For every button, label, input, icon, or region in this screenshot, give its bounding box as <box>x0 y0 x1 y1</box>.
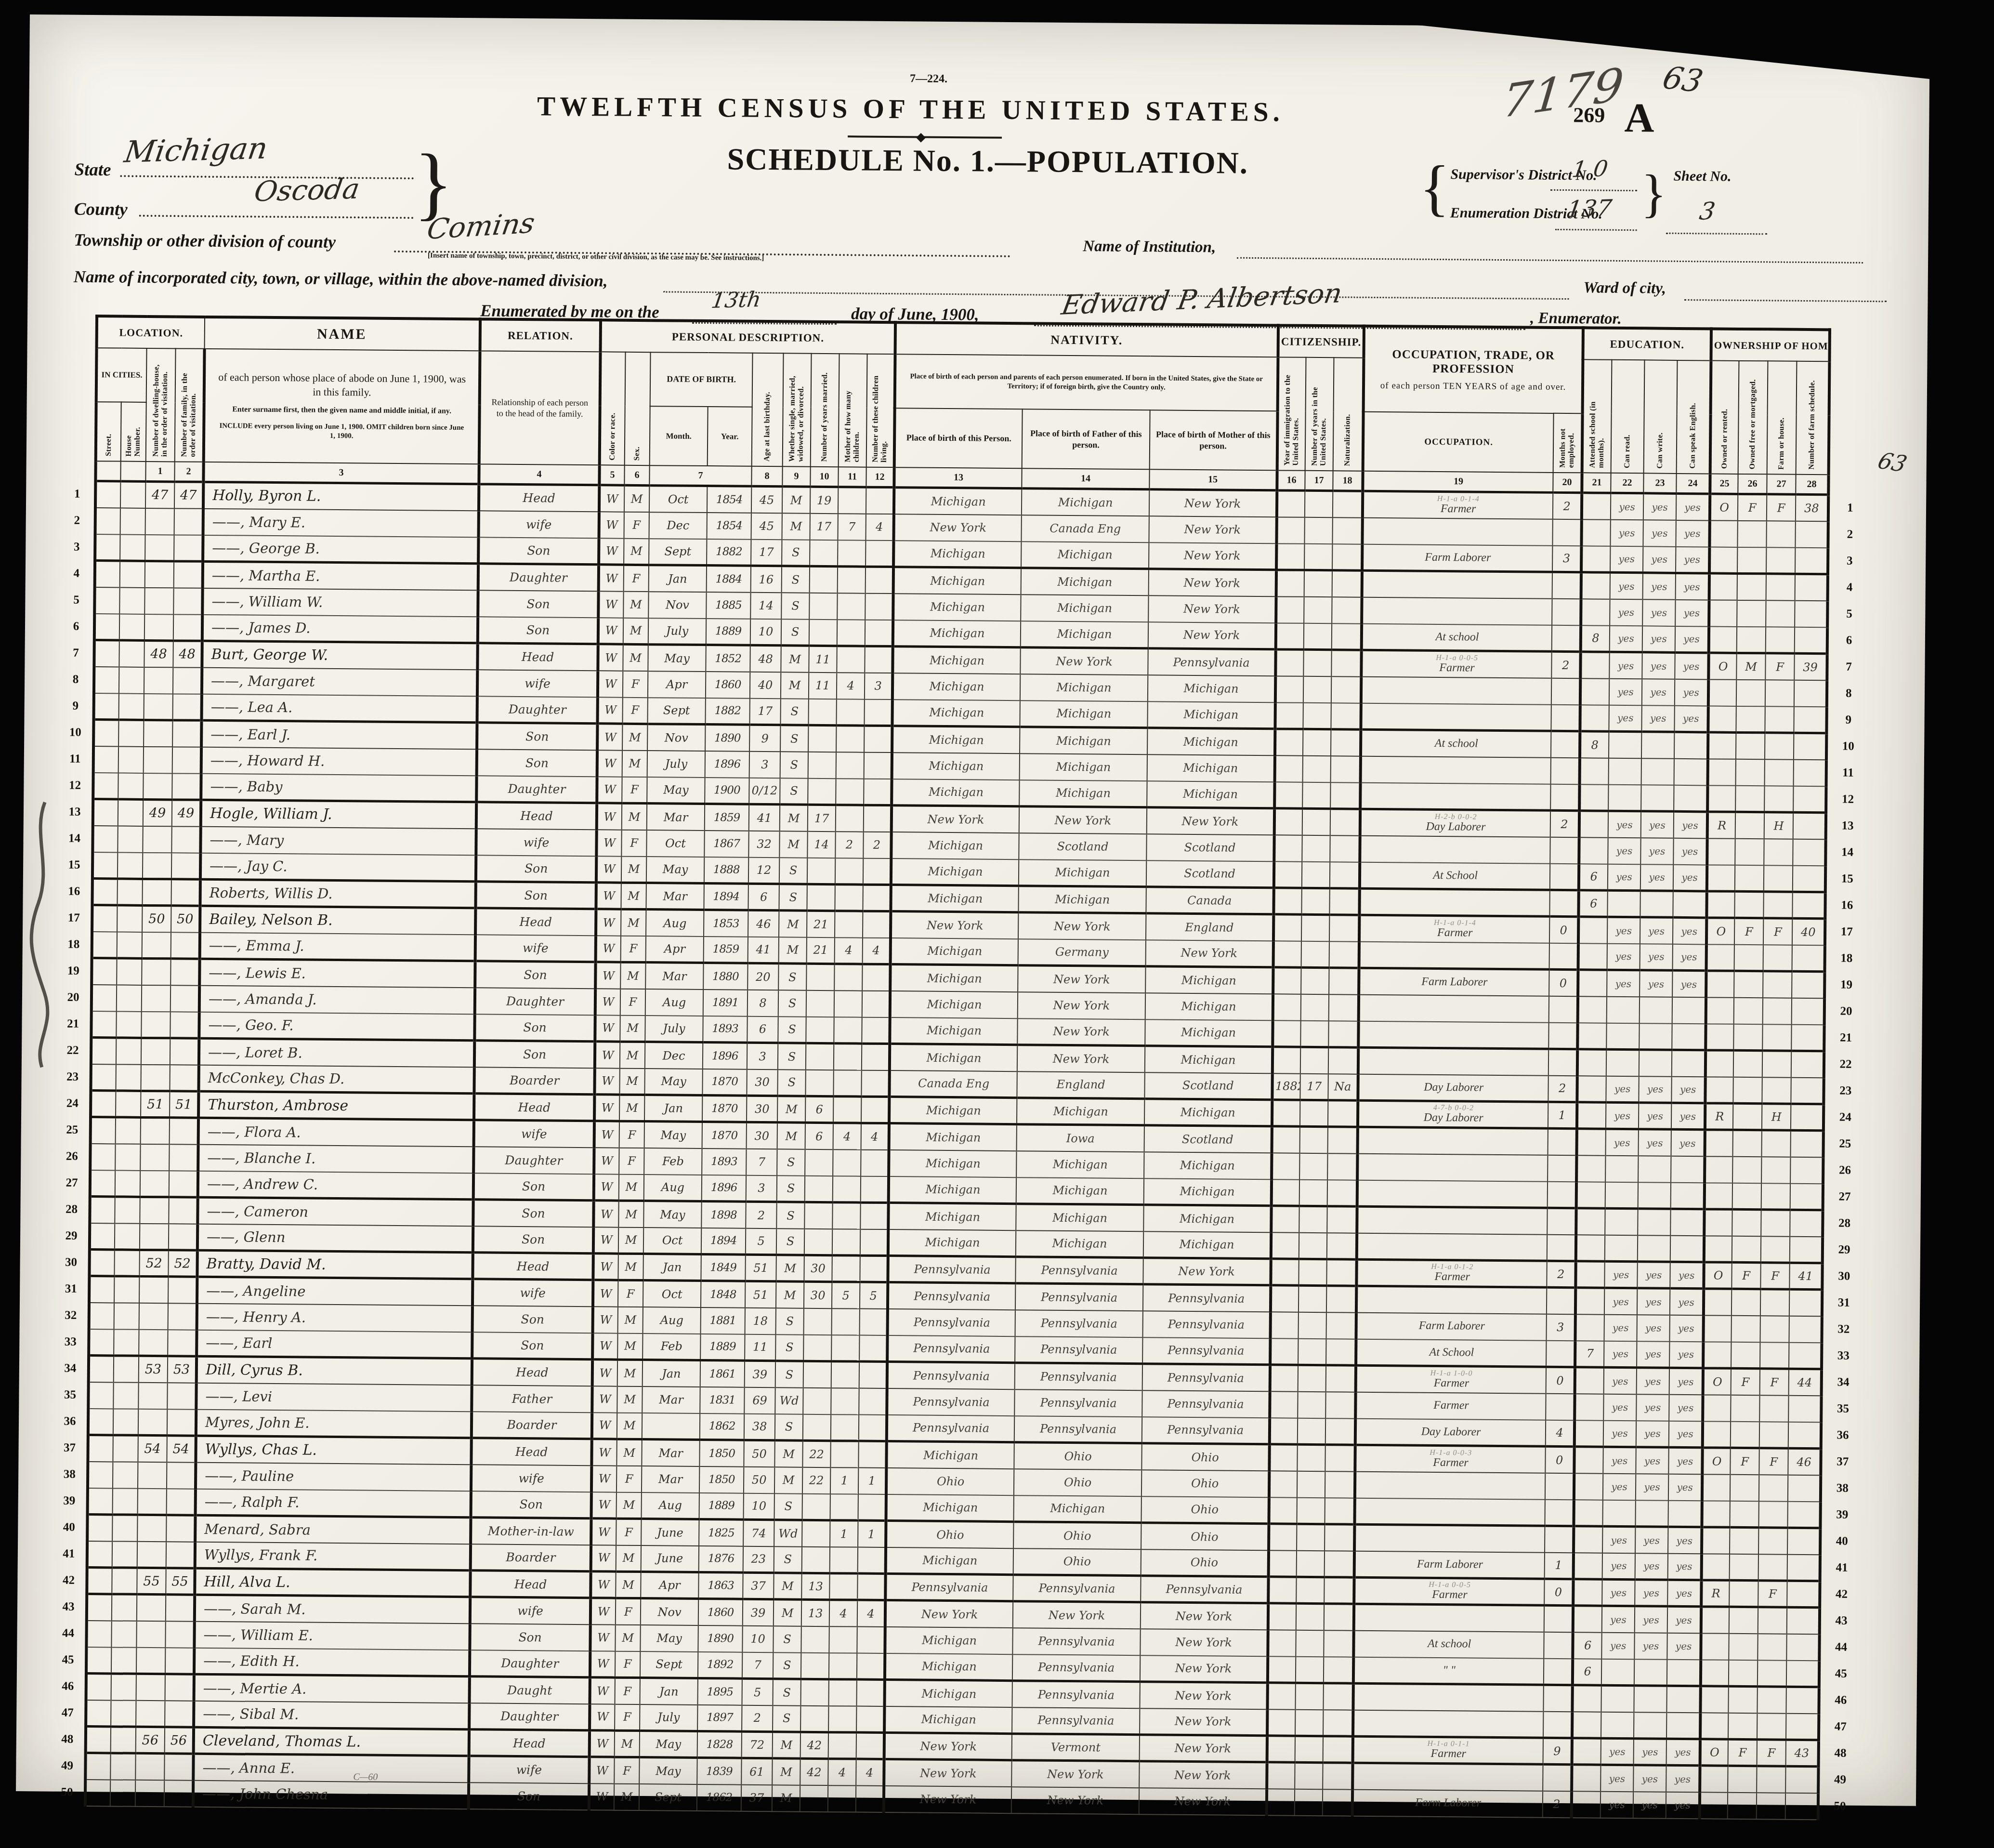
row-number-right: 17 <box>1825 919 1862 946</box>
cell-immigration-year <box>1275 755 1303 782</box>
cell-farm-schedule <box>1794 759 1826 786</box>
cell-school-months <box>1575 1367 1604 1394</box>
cell-house-number <box>120 481 145 508</box>
cell-birth-year: 1896 <box>702 1175 746 1202</box>
cell-occupation <box>1360 835 1550 863</box>
cell-color: W <box>595 1042 620 1068</box>
cell-mother-of-children <box>832 1202 860 1229</box>
cell-relation: wife <box>475 935 596 962</box>
cell-years-married <box>801 1679 829 1705</box>
cell-birth-month: Aug <box>643 1307 701 1334</box>
cell-age: 45 <box>751 486 782 513</box>
cell-family-number <box>172 720 201 747</box>
header-street: Street. <box>96 402 121 461</box>
cell-marital-status: M <box>782 513 810 540</box>
cell-school-months <box>1577 1076 1606 1102</box>
cell-birth-year: 1870 <box>702 1122 747 1149</box>
cell-name: ——, Cameron <box>197 1197 473 1226</box>
cell-children-living <box>863 858 891 884</box>
sheet-underline <box>1666 225 1767 235</box>
column-number: 27 <box>1767 474 1796 494</box>
cell-can-write <box>1639 1023 1672 1050</box>
cell-birth-year: 1862 <box>700 1413 744 1440</box>
cell-can-read <box>1605 1235 1638 1262</box>
group-citizenship: CITIZENSHIP. <box>1278 325 1364 357</box>
cell-occupation: At School <box>1360 862 1550 890</box>
header-pob-mother: Place of birth of Mother of this person. <box>1150 410 1278 470</box>
cell-mother-birthplace: Canada <box>1146 887 1273 914</box>
cell-birth-month: Oct <box>646 830 704 857</box>
cell-can-write: yes <box>1637 1315 1670 1342</box>
enumerator-suffix: , Enumerator. <box>1530 309 1622 328</box>
cell-occupation <box>1358 1127 1548 1155</box>
cell-color: W <box>592 1412 617 1439</box>
cell-name: Menard, Sabra <box>195 1515 471 1544</box>
cell-children-living <box>856 1785 884 1812</box>
cell-marital-status: S <box>773 1652 801 1679</box>
cell-sex: F <box>615 1704 640 1730</box>
cell-months-unemployed: 0 <box>1549 916 1578 943</box>
cell-can-write: yes <box>1634 1633 1667 1660</box>
row-number-left: 8 <box>62 666 94 693</box>
cell-family-number <box>170 1012 199 1038</box>
cell-can-speak-english: yes <box>1670 1288 1704 1315</box>
cell-months-unemployed <box>1550 890 1579 916</box>
cell-father-birthplace: New York <box>1018 965 1145 993</box>
cell-months-unemployed: 2 <box>1550 810 1579 837</box>
cell-house-number <box>111 1700 136 1727</box>
cell-home-free-mortgaged <box>1736 679 1765 706</box>
cell-farm-or-house <box>1766 574 1795 600</box>
cell-home-owned-rented <box>1707 891 1735 918</box>
cell-marital-status: S <box>775 1334 803 1361</box>
cell-farm-or-house: F <box>1760 1369 1789 1395</box>
cell-home-free-mortgaged <box>1734 971 1763 997</box>
cell-years-married: 19 <box>810 487 838 513</box>
cell-immigration-year <box>1274 835 1302 861</box>
footer-pencil-code: C—60 <box>353 1771 378 1782</box>
cell-can-speak-english: yes <box>1668 1553 1702 1580</box>
cell-years-in-us <box>1298 1338 1326 1365</box>
cell-color: W <box>591 1518 616 1545</box>
cell-farm-or-house <box>1761 1157 1790 1183</box>
cell-age: 30 <box>747 1069 777 1096</box>
column-number: 28 <box>1796 475 1828 495</box>
cell-farm-schedule <box>1789 1342 1822 1369</box>
column-number: 13 <box>894 467 1022 488</box>
cell-occupation: H-2-b 0-0-2Day Laborer <box>1360 809 1550 837</box>
cell-occupation: Farm Laborer <box>1354 1551 1545 1579</box>
cell-naturalization <box>1324 1657 1353 1683</box>
cell-mother-of-children <box>835 911 863 937</box>
cell-farm-or-house <box>1760 1342 1789 1369</box>
cell-birth-month: Apr <box>648 671 706 698</box>
cell-can-speak-english: yes <box>1676 520 1710 547</box>
cell-mother-birthplace: Michigan <box>1144 1152 1272 1179</box>
cell-birth-year: 1848 <box>701 1281 745 1308</box>
cell-birthplace: Michigan <box>886 1441 1014 1469</box>
cell-sex: M <box>620 1015 645 1042</box>
cell-immigration-year <box>1274 782 1302 808</box>
cell-children-living <box>865 620 893 646</box>
cell-school-months <box>1574 1420 1603 1447</box>
cell-family-number <box>171 959 199 985</box>
cell-age: 37 <box>743 1572 774 1599</box>
cell-farm-or-house <box>1764 786 1793 812</box>
cell-children-living: 1 <box>858 1467 886 1494</box>
cell-name: ——, Henry A. <box>197 1303 472 1332</box>
cell-birth-year: 1896 <box>705 751 749 778</box>
cell-children-living <box>862 1017 890 1043</box>
cell-birth-month: May <box>646 857 704 884</box>
cell-years-in-us <box>1302 808 1330 835</box>
cell-color: W <box>598 697 623 724</box>
cell-age: 10 <box>750 619 781 646</box>
cell-age: 61 <box>741 1758 772 1785</box>
cell-house-number <box>112 1541 137 1568</box>
cell-occupation: H-1-a 0-0-5Farmer <box>1354 1577 1544 1605</box>
occupation-text: Farm Laborer <box>1360 976 1548 989</box>
cell-street <box>94 640 119 667</box>
cell-can-write: yes <box>1639 1103 1671 1130</box>
cell-birthplace: Michigan <box>890 964 1018 992</box>
cell-color: W <box>598 591 623 618</box>
cell-children-living <box>857 1679 885 1706</box>
row-number-left: 44 <box>54 1620 86 1647</box>
cell-farm-or-house: F <box>1759 1448 1788 1475</box>
occupation-text: Farmer <box>1357 1399 1545 1412</box>
cell-occupation <box>1353 1710 1543 1738</box>
cell-occupation: H-1-a 1-0-0Farmer <box>1356 1365 1546 1393</box>
cell-family-number <box>172 773 201 800</box>
cell-sex: M <box>619 1095 644 1121</box>
cell-age: 50 <box>744 1466 774 1493</box>
cell-home-owned-rented <box>1709 573 1737 600</box>
cell-father-birthplace: Michigan <box>1018 886 1146 913</box>
column-number: 21 <box>1582 473 1611 493</box>
cell-can-speak-english <box>1672 1050 1705 1077</box>
cell-can-write: yes <box>1643 546 1676 573</box>
cell-birthplace: Ohio <box>886 1521 1013 1548</box>
cell-name: ——, Earl J. <box>201 720 477 749</box>
cell-farm-schedule <box>1795 574 1828 601</box>
row-number-right: 27 <box>1823 1184 1860 1211</box>
row-number-right: 39 <box>1821 1502 1857 1529</box>
cell-farm-schedule <box>1786 1660 1819 1687</box>
cell-age: 46 <box>748 910 779 937</box>
row-number-left: 17 <box>60 905 92 932</box>
row-number-left: 38 <box>56 1461 88 1488</box>
cell-years-in-us <box>1299 1179 1327 1206</box>
cell-years-in-us <box>1300 1126 1328 1153</box>
cell-immigration-year <box>1270 1391 1298 1418</box>
cell-years-married <box>807 884 835 911</box>
row-number-right: 5 <box>1827 601 1864 628</box>
cell-can-speak-english <box>1667 1659 1701 1686</box>
row-number-right: 41 <box>1820 1555 1857 1582</box>
cell-months-unemployed: 2 <box>1553 492 1582 519</box>
cell-farm-schedule: 38 <box>1796 494 1828 521</box>
cell-family-number <box>165 1621 194 1648</box>
row-number-right: 46 <box>1819 1687 1856 1714</box>
column-number: 22 <box>1611 473 1643 493</box>
row-number-left: 42 <box>55 1567 87 1594</box>
cell-home-owned-rented <box>1704 1289 1732 1315</box>
cell-farm-schedule <box>1788 1422 1821 1449</box>
cell-mother-of-children <box>833 1070 861 1096</box>
cell-naturalization <box>1327 1233 1357 1259</box>
cell-birth-year: 1828 <box>697 1731 742 1758</box>
cell-marital-status: S <box>778 1016 806 1043</box>
cell-farm-schedule <box>1795 600 1827 627</box>
cell-relation: Head <box>472 1253 593 1280</box>
cell-name: Myres, John E. <box>196 1409 472 1438</box>
cell-years-married: 22 <box>802 1467 830 1493</box>
cell-home-owned-rented <box>1709 626 1737 653</box>
cell-children-living <box>861 1176 889 1202</box>
cell-mother-birthplace: New York <box>1149 489 1277 517</box>
cell-street <box>91 1011 116 1038</box>
header-in-cities: IN CITIES. <box>96 348 147 402</box>
row-number-right: 49 <box>1818 1767 1855 1794</box>
cell-mother-birthplace: Ohio <box>1141 1549 1269 1577</box>
column-number-blank <box>95 461 120 481</box>
cell-name: ——, Ralph F. <box>196 1489 471 1517</box>
cell-street <box>85 1753 110 1780</box>
cell-street <box>93 720 118 746</box>
group-relation: RELATION. <box>480 319 601 352</box>
cell-years-in-us <box>1303 729 1331 755</box>
cell-can-speak-english: yes <box>1668 1527 1702 1554</box>
row-number-right: 34 <box>1822 1369 1858 1396</box>
cell-mother-of-children <box>838 487 866 514</box>
column-number: 9 <box>782 466 810 487</box>
column-number: 16 <box>1277 470 1305 490</box>
cell-years-married <box>806 964 834 990</box>
occupation-text: Farmer <box>1355 1588 1544 1602</box>
cell-children-living <box>862 964 890 990</box>
cell-occupation: Farm Laborer <box>1359 968 1549 996</box>
cell-birthplace: Michigan <box>885 1680 1012 1707</box>
cell-street <box>92 932 117 958</box>
cell-home-owned-rented: R <box>1707 812 1735 838</box>
cell-years-in-us <box>1304 570 1332 596</box>
cell-years-in-us <box>1299 1259 1326 1285</box>
cell-birth-month: Aug <box>642 1492 699 1519</box>
cell-name: ——, Howard H. <box>201 747 477 775</box>
cell-dwelling-number <box>144 587 173 614</box>
occupation-text: At school <box>1363 630 1551 644</box>
cell-immigration-year <box>1276 570 1304 596</box>
cell-sex: M <box>622 724 647 750</box>
cell-years-in-us <box>1297 1524 1325 1550</box>
cell-home-free-mortgaged <box>1728 1766 1757 1792</box>
row-number-left: 47 <box>54 1700 86 1727</box>
cell-can-read <box>1601 1685 1634 1712</box>
district-open-brace: { <box>1419 157 1450 219</box>
column-number: 8 <box>751 466 782 487</box>
cell-immigration-year <box>1271 1259 1299 1285</box>
cell-naturalization <box>1325 1551 1354 1577</box>
cell-sex: M <box>617 1412 642 1439</box>
cell-dwelling-number: 50 <box>142 905 171 932</box>
cell-birthplace: Michigan <box>891 832 1019 859</box>
header-marital: Whether single, married, widowed, or div… <box>783 353 812 466</box>
cell-street <box>92 958 117 985</box>
cell-sex: F <box>623 671 648 697</box>
cell-mother-birthplace: Michigan <box>1144 1178 1272 1206</box>
cell-dwelling-number: 47 <box>145 481 174 508</box>
cell-immigration-year <box>1276 623 1304 649</box>
cell-mother-of-children: 1 <box>830 1467 858 1494</box>
cell-sex: M <box>617 1386 642 1412</box>
cell-mother-of-children <box>829 1653 857 1679</box>
cell-school-months <box>1577 1049 1606 1076</box>
cell-school-months <box>1573 1579 1602 1606</box>
cell-can-write <box>1641 758 1674 785</box>
cell-mother-birthplace: New York <box>1148 595 1276 623</box>
column-number: 5 <box>599 465 624 485</box>
cell-years-in-us <box>1300 1047 1328 1073</box>
cell-naturalization <box>1331 703 1361 729</box>
cell-can-read: yes <box>1603 1394 1636 1421</box>
cell-months-unemployed <box>1546 1393 1574 1420</box>
cell-months-unemployed <box>1544 1632 1573 1658</box>
cell-color: W <box>596 936 621 962</box>
cell-birth-year: 1850 <box>699 1466 744 1493</box>
cell-farm-schedule <box>1791 1104 1823 1131</box>
cell-sex: M <box>618 1201 643 1227</box>
cell-immigration-year <box>1269 1471 1297 1497</box>
cell-school-months: 6 <box>1579 864 1608 890</box>
cell-naturalization <box>1324 1630 1353 1657</box>
cell-street <box>89 1250 114 1276</box>
cell-color: W <box>597 724 622 750</box>
cell-months-unemployed <box>1553 519 1582 545</box>
cell-months-unemployed <box>1548 1181 1576 1208</box>
row-number-left: 41 <box>55 1541 87 1568</box>
cell-naturalization <box>1328 1100 1358 1127</box>
cell-home-free-mortgaged <box>1733 1050 1762 1077</box>
cell-marital-status: S <box>777 1069 805 1096</box>
cell-birth-year: 1870 <box>702 1069 747 1096</box>
cell-marital-status: M <box>772 1758 800 1785</box>
cell-farm-schedule <box>1792 998 1824 1025</box>
cell-age: 12 <box>748 857 779 884</box>
cell-birth-month: Jan <box>649 565 707 592</box>
occupation-text: At school <box>1362 737 1550 751</box>
cell-mother-birthplace: Scotland <box>1144 1072 1272 1100</box>
row-number-left: 23 <box>59 1064 91 1091</box>
cell-can-speak-english: yes <box>1676 546 1709 573</box>
cell-birth-year: 1853 <box>704 910 748 937</box>
cell-occupation <box>1361 676 1551 704</box>
cell-street <box>92 879 117 905</box>
cell-mother-birthplace: New York <box>1140 1629 1268 1656</box>
cell-mother-birthplace: Ohio <box>1141 1496 1269 1524</box>
cell-father-birthplace: Michigan <box>1021 541 1149 569</box>
cell-family-number <box>166 1595 195 1621</box>
cell-color: W <box>593 1254 618 1280</box>
cell-name: ——, Emma J. <box>200 932 475 961</box>
cell-school-months <box>1576 1235 1605 1261</box>
cell-mother-birthplace: New York <box>1140 1708 1267 1736</box>
cell-house-number <box>118 720 144 746</box>
cell-home-owned-rented <box>1706 971 1734 997</box>
cell-mother-birthplace: Michigan <box>1147 781 1274 808</box>
cell-street <box>94 614 119 640</box>
row-number-right: 25 <box>1823 1131 1860 1158</box>
cell-naturalization <box>1326 1286 1356 1312</box>
cell-father-birthplace: Michigan <box>1019 780 1147 807</box>
row-number-left: 7 <box>62 640 94 667</box>
cell-home-free-mortgaged <box>1734 997 1763 1024</box>
cell-dwelling-number <box>141 1011 170 1038</box>
cell-farm-schedule: 46 <box>1788 1448 1821 1475</box>
cell-birthplace: Michigan <box>889 1176 1016 1204</box>
enumeration-underline <box>1555 221 1637 231</box>
cell-occupation <box>1361 756 1551 784</box>
cell-home-free-mortgaged: F <box>1731 1368 1760 1395</box>
cell-house-number <box>118 746 144 773</box>
row-number-right: 12 <box>1826 786 1863 813</box>
cell-farm-schedule <box>1792 971 1824 998</box>
row-number-left: 27 <box>58 1170 90 1197</box>
cell-birthplace: Pennsylvania <box>887 1388 1014 1416</box>
header-color: Color or race. <box>600 352 626 465</box>
cell-relation: Son <box>469 1782 589 1810</box>
cell-relation: Boarder <box>471 1544 591 1571</box>
cell-relation: Head <box>469 1729 590 1757</box>
cell-relation: Son <box>478 537 599 565</box>
cell-relation: Daughter <box>470 1650 590 1677</box>
cell-home-owned-rented <box>1700 1713 1728 1739</box>
cell-mother-of-children <box>829 1679 857 1706</box>
cell-years-married: 13 <box>801 1573 829 1599</box>
ward-underline <box>1684 291 1887 302</box>
cell-occupation <box>1354 1604 1544 1632</box>
cell-sex: F <box>615 1677 640 1704</box>
row-number-left: 3 <box>63 534 95 561</box>
column-number: 3 <box>203 462 479 484</box>
cell-home-owned-rented <box>1701 1660 1729 1686</box>
cell-home-owned-rented <box>1701 1633 1729 1660</box>
cell-marital-status: M <box>779 831 807 858</box>
cell-immigration-year <box>1270 1418 1298 1444</box>
cell-farm-or-house <box>1758 1687 1786 1713</box>
cell-can-read: yes <box>1604 1261 1637 1288</box>
cell-school-months <box>1580 758 1609 784</box>
cell-children-living <box>857 1573 885 1600</box>
cell-mother-of-children <box>829 1626 857 1653</box>
cell-farm-schedule <box>1794 733 1826 760</box>
cell-children-living: 4 <box>856 1759 884 1785</box>
cell-home-owned-rented <box>1703 1395 1731 1421</box>
cell-occupation <box>1357 1206 1547 1234</box>
cell-immigration-year <box>1273 994 1301 1020</box>
cell-mother-birthplace: Michigan <box>1147 754 1275 782</box>
cell-farm-schedule <box>1794 680 1827 707</box>
cell-sex: F <box>619 1148 644 1174</box>
cell-farm-schedule: 39 <box>1794 653 1827 680</box>
cell-birth-year: 1891 <box>703 990 748 1016</box>
cell-naturalization <box>1327 1206 1357 1233</box>
cell-school-months <box>1572 1765 1600 1791</box>
cell-immigration-year <box>1267 1762 1295 1789</box>
row-number-right: 50 <box>1818 1793 1855 1820</box>
cell-sex: M <box>618 1227 643 1254</box>
cell-family-number <box>168 1330 197 1356</box>
